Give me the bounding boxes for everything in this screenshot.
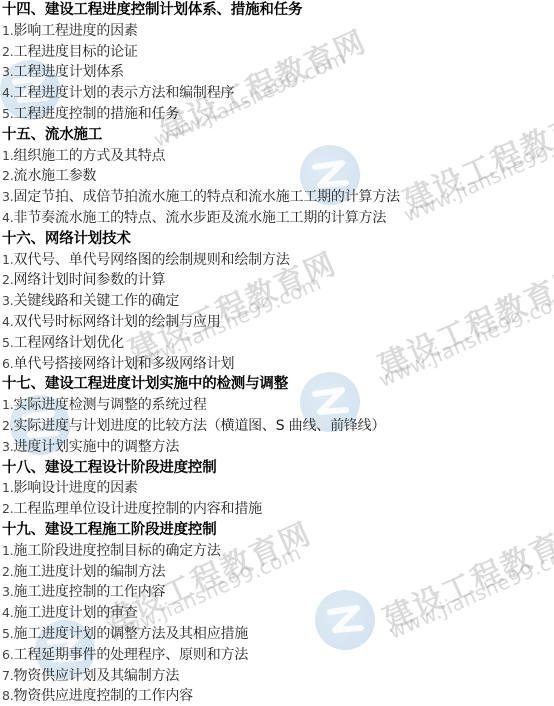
list-item: 3.关键线路和关键工作的确定 [2,291,552,312]
list-item: 6.单代号搭接网络计划和多级网络计划 [2,354,552,375]
list-item: 5.施工进度计划的调整方法及其相应措施 [2,624,552,645]
item-number: 1. [2,252,14,267]
item-number: 2. [2,564,14,579]
list-item: 1.实际进度检测与调整的系统过程 [2,395,552,416]
item-number: 2. [2,272,14,287]
list-item: 1.影响工程进度的因素 [2,21,552,42]
item-number: 8. [2,688,14,703]
item-number: 3. [2,439,14,454]
list-item: 7.物资供应计划及其编制方法 [2,666,552,687]
list-item: 4.工程进度计划的表示方法和编制程序 [2,83,552,104]
list-item: 2.工程进度目标的论证 [2,42,552,63]
section-heading: 十四、建设工程进度控制计划体系、措施和任务 [2,0,552,21]
list-item: 4.非节奏流水施工的特点、流水步距及流水施工工期的计算方法 [2,208,552,229]
section-heading: 十九、建设工程施工阶段进度控制 [2,520,552,541]
list-item: 2.实际进度与计划进度的比较方法（横道图、S 曲线、前锋线） [2,416,552,437]
item-number: 5. [2,335,14,350]
item-number: 5. [2,106,14,121]
item-text: 施工进度计划的调整方法及其相应措施 [14,626,249,642]
list-item: 1.施工阶段进度控制目标的确定方法 [2,541,552,562]
list-item: 3.工程进度计划体系 [2,62,552,83]
list-item: 4.双代号时标网络计划的绘制与应用 [2,312,552,333]
item-text: 流水施工参数 [14,168,97,184]
item-text: 工程进度计划体系 [14,64,124,80]
item-number: 3. [2,293,14,308]
list-item: 1.双代号、单代号网络图的绘制规则和绘制方法 [2,250,552,271]
item-text: 单代号搭接网络计划和多级网络计划 [14,356,235,372]
item-number: 1. [2,543,14,558]
item-number: 3. [2,64,14,79]
item-number: 4. [2,210,14,225]
syllabus-document: 十四、建设工程进度控制计划体系、措施和任务 1.影响工程进度的因素 2.工程进度… [2,0,552,706]
item-text: 物资供应进度控制的工作内容 [14,688,193,704]
item-text: 双代号、单代号网络图的绘制规则和绘制方法 [14,252,290,268]
item-text: 工程进度目标的论证 [14,44,138,60]
item-number: 1. [2,23,14,38]
item-number: 4. [2,605,14,620]
section-heading: 十八、建设工程设计阶段进度控制 [2,458,552,479]
item-text: 施工进度计划的审查 [14,605,138,621]
list-item: 2.流水施工参数 [2,166,552,187]
list-item: 3.进度计划实施中的调整方法 [2,437,552,458]
item-number: 2. [2,168,14,183]
item-text: 影响工程进度的因素 [14,23,138,39]
section-heading: 十六、网络计划技术 [2,229,552,250]
item-text: 实际进度检测与调整的系统过程 [14,397,207,413]
list-item: 2.施工进度计划的编制方法 [2,562,552,583]
item-number: 2. [2,501,14,516]
item-text: 非节奏流水施工的特点、流水步距及流水施工工期的计算方法 [14,210,387,226]
list-item: 4.施工进度计划的审查 [2,603,552,624]
list-item: 5.工程网络计划优化 [2,333,552,354]
item-text: 组织施工的方式及其特点 [14,148,166,164]
item-text: 施工阶段进度控制目标的确定方法 [14,543,221,559]
item-number: 1. [2,397,14,412]
list-item: 5.工程进度控制的措施和任务 [2,104,552,125]
item-text: 工程进度计划的表示方法和编制程序 [14,85,235,101]
item-number: 6. [2,647,14,662]
item-number: 3. [2,584,14,599]
item-number: 2. [2,44,14,59]
list-item: 2.工程监理单位设计进度控制的内容和措施 [2,499,552,520]
item-text: 工程进度控制的措施和任务 [14,106,180,122]
item-number: 7. [2,668,14,683]
section-heading: 十七、建设工程进度计划实施中的检测与调整 [2,374,552,395]
item-number: 6. [2,356,14,371]
item-text: 物资供应计划及其编制方法 [14,668,180,684]
item-text: 施工进度控制的工作内容 [14,584,166,600]
item-number: 4. [2,85,14,100]
item-text: 网络计划时间参数的计算 [14,272,166,288]
list-item: 2.网络计划时间参数的计算 [2,270,552,291]
list-item: 8.物资供应进度控制的工作内容 [2,686,552,706]
item-number: 1. [2,480,14,495]
item-text: 双代号时标网络计划的绘制与应用 [14,314,221,330]
item-number: 5. [2,626,14,641]
item-text: 工程延期事件的处理程序、原则和方法 [14,647,249,663]
item-number: 1. [2,148,14,163]
item-text: 关键线路和关键工作的确定 [14,293,180,309]
section-heading: 十五、流水施工 [2,125,552,146]
item-text: 工程监理单位设计进度控制的内容和措施 [14,501,262,517]
item-number: 4. [2,314,14,329]
list-item: 3.施工进度控制的工作内容 [2,582,552,603]
item-text: 工程网络计划优化 [14,335,124,351]
list-item: 3.固定节拍、成倍节拍流水施工的特点和流水施工工期的计算方法 [2,187,552,208]
item-text: 实际进度与计划进度的比较方法（横道图、S 曲线、前锋线） [14,418,386,434]
item-text: 进度计划实施中的调整方法 [14,439,180,455]
list-item: 1.影响设计进度的因素 [2,478,552,499]
list-item: 6.工程延期事件的处理程序、原则和方法 [2,645,552,666]
list-item: 1.组织施工的方式及其特点 [2,146,552,167]
item-text: 施工进度计划的编制方法 [14,564,166,580]
item-text: 固定节拍、成倍节拍流水施工的特点和流水施工工期的计算方法 [14,189,400,205]
item-text: 影响设计进度的因素 [14,480,138,496]
item-number: 2. [2,418,14,433]
item-number: 3. [2,189,14,204]
